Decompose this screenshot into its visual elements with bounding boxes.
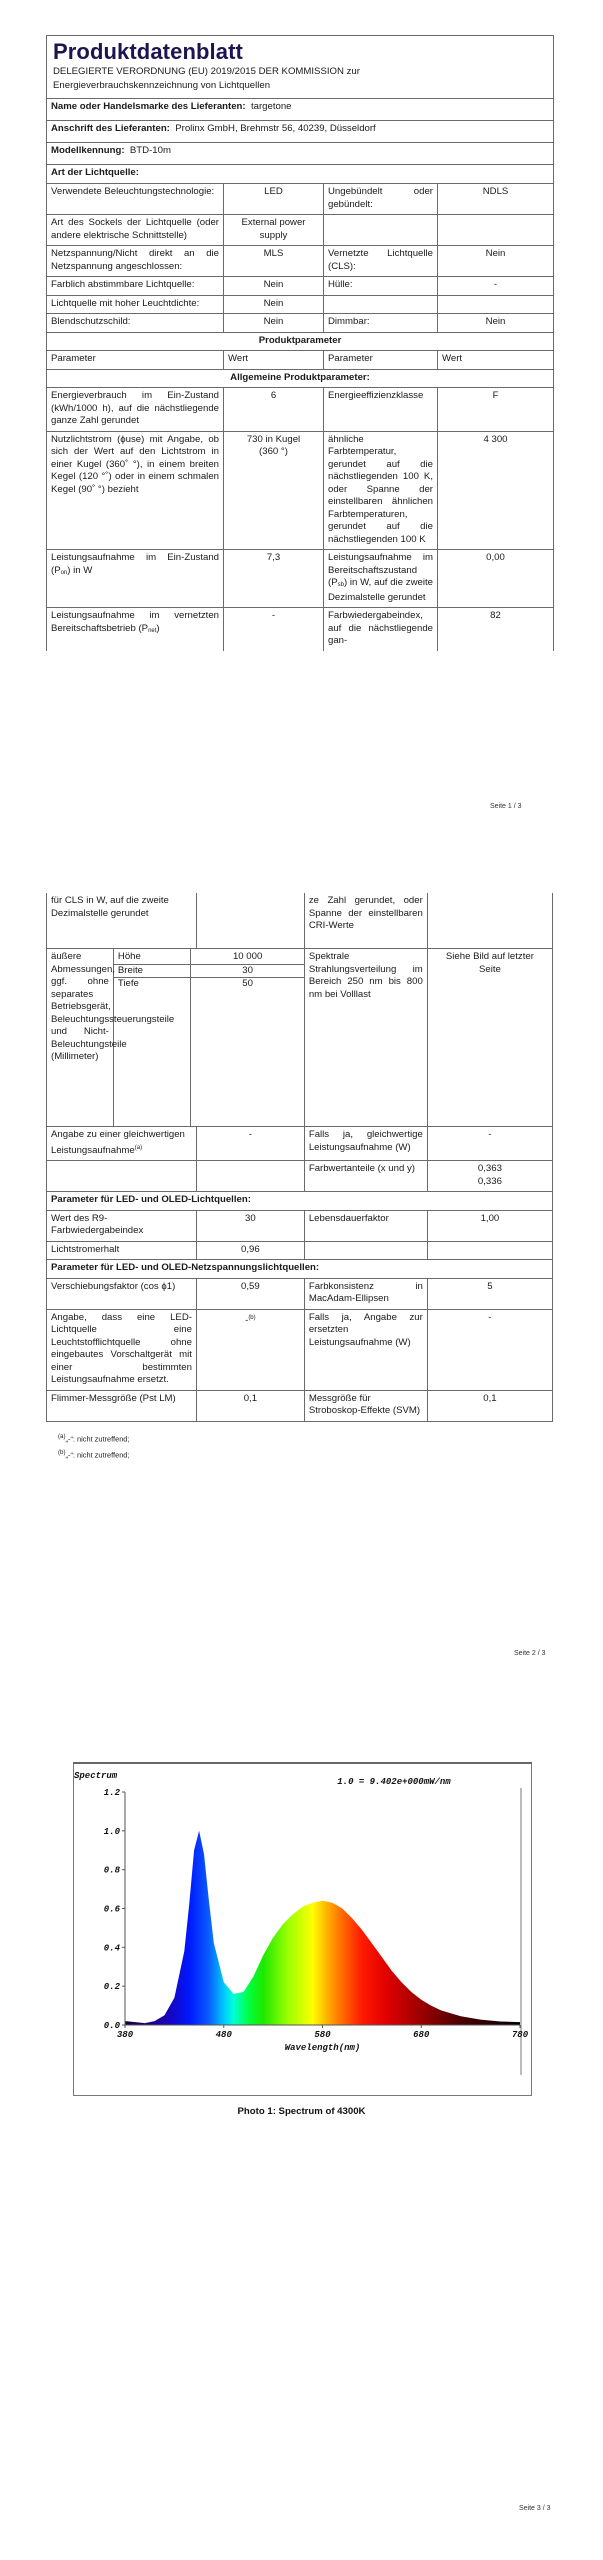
value-cell: 7,3 <box>224 550 324 608</box>
value-cell <box>427 893 552 949</box>
regulation-line-2: Energieverbrauchskennzeichnung von Licht… <box>53 79 547 96</box>
dimension-value: 30 <box>191 964 304 978</box>
value-cell: 0,1 <box>196 1390 304 1421</box>
supplier-address-row: Anschrift des Lieferanten: Prolinx GmbH,… <box>47 121 554 143</box>
param-cell: Energieverbrauch im Ein-Zustand (kWh/100… <box>47 388 224 432</box>
svg-text:0.2: 0.2 <box>104 1982 121 1992</box>
value-cell: 0,96 <box>196 1241 304 1260</box>
svg-text:380: 380 <box>117 2030 134 2040</box>
param-cell: Farbwiedergabeindex, auf die nächstliege… <box>324 608 438 651</box>
value-cell: -(b) <box>196 1309 304 1390</box>
svg-text:Spectrum: Spectrum <box>74 1771 118 1781</box>
table-row: Angabe, dass eine LED-Lichtquelle eine L… <box>47 1309 553 1390</box>
svg-text:0.4: 0.4 <box>104 1943 121 1953</box>
dimensions-label: äußere Abmessungen, ggf. ohne separates … <box>47 949 114 1127</box>
param-text: ) <box>156 623 159 634</box>
svg-text:1.0: 1.0 <box>104 1827 121 1837</box>
param-cell: Falls ja, gleichwertige Leistungsaufnahm… <box>304 1127 427 1161</box>
value-cell: 82 <box>438 608 554 651</box>
column-header: Parameter <box>47 351 224 370</box>
value-cell: MLS <box>224 246 324 277</box>
value-cell: 0,59 <box>196 1278 304 1309</box>
table-row: Flimmer-Messgröße (Pst LM) 0,1 Messgröße… <box>47 1390 553 1421</box>
param-cell: Angabe, dass eine LED-Lichtquelle eine L… <box>47 1309 197 1390</box>
dimension-name: Höhe <box>114 949 191 964</box>
param-cell <box>47 1161 197 1192</box>
table-row: Energieverbrauch im Ein-Zustand (kWh/100… <box>47 388 554 432</box>
param-cell: Leistungsaufnahme im vernetzten Bereitsc… <box>47 608 224 651</box>
footnote-b: (b)„-“: nicht zutreffend; <box>58 1449 129 1459</box>
page-number: Seite 1 / 3 <box>490 803 522 810</box>
value-cell: - <box>427 1127 552 1161</box>
param-cell: Verwendete Beleuchtungstechnologie: <box>47 184 224 215</box>
param-cell: Lebensdauerfaktor <box>304 1210 427 1241</box>
table-row: Art des Sockels der Lichtquelle (oder an… <box>47 215 554 246</box>
dimensions-values: Höhe10 000 Breite30 Tiefe50 <box>113 949 304 1127</box>
regulation-line-1: DELEGIERTE VERORDNUNG (EU) 2019/2015 DER… <box>53 65 547 79</box>
model-row: Modellkennung: BTD-10m <box>47 143 554 165</box>
table-row: Farblich abstimmbare Lichtquelle: Nein H… <box>47 277 554 296</box>
param-cell: Angabe zu einer gleichwertigen Leistungs… <box>47 1127 197 1161</box>
value-cell: Nein <box>224 295 324 314</box>
param-cell: Falls ja, Angabe zur ersetzten Leistungs… <box>304 1309 427 1390</box>
param-cell: Verschiebungsfaktor (cos ϕ1) <box>47 1278 197 1309</box>
param-cell: Flimmer-Messgröße (Pst LM) <box>47 1390 197 1421</box>
table-row: Verschiebungsfaktor (cos ϕ1) 0,59 Farbko… <box>47 1278 553 1309</box>
value-cell: Siehe Bild auf letzter Seite <box>427 949 552 1127</box>
param-cell: für CLS in W, auf die zweite Dezimalstel… <box>47 893 197 949</box>
value-cell <box>196 1161 304 1192</box>
param-cell: Messgröße für Stroboskop-Effekte (SVM) <box>304 1390 427 1421</box>
table-row: Verwendete Beleuchtungstechnologie: LED … <box>47 184 554 215</box>
column-header-row: Parameter Wert Parameter Wert <box>47 351 554 370</box>
column-header: Parameter <box>324 351 438 370</box>
model-value: BTD-10m <box>130 145 171 156</box>
value-cell: 0,1 <box>427 1390 552 1421</box>
param-cell: Farbkonsistenz in MacAdam-Ellipsen <box>304 1278 427 1309</box>
page-number: Seite 2 / 3 <box>514 1650 546 1657</box>
product-params-heading: Produktparameter <box>47 332 554 351</box>
param-cell: Netzspannung/Nicht direkt an die Netzspa… <box>47 246 224 277</box>
footnote-mark: (a) <box>58 1433 66 1440</box>
value-cell <box>427 1241 552 1260</box>
column-header: Wert <box>438 351 554 370</box>
value-cell: - <box>427 1309 552 1390</box>
table-row: Angabe zu einer gleichwertigen Leistungs… <box>47 1127 553 1161</box>
svg-text:680: 680 <box>413 2030 430 2040</box>
value-cell <box>438 295 554 314</box>
value-cell: Nein <box>224 314 324 333</box>
param-cell: Ungebündelt oder gebündelt: <box>324 184 438 215</box>
supplier-address-value: Prolinx GmbH, Brehmstr 56, 40239, Düssel… <box>175 123 376 134</box>
value-cell: 4 300 <box>438 431 554 550</box>
footnote-a: (a)„-“: nicht zutreffend; <box>58 1433 129 1443</box>
svg-text:1.2: 1.2 <box>104 1788 121 1798</box>
svg-text:0.6: 0.6 <box>104 1905 121 1915</box>
chroma-x: 0,363 <box>432 1163 548 1176</box>
table-row: Nutzlichtstrom (ϕuse) mit Angabe, ob sic… <box>47 431 554 550</box>
product-datasheet-table-page1: Produktdatenblatt DELEGIERTE VERORDNUNG … <box>46 35 554 651</box>
value-cell: External power supply <box>224 215 324 246</box>
value-cell: 6 <box>224 388 324 432</box>
param-cell: Lichtstromerhalt <box>47 1241 197 1260</box>
param-cell: Lichtquelle mit hoher Leuchtdichte: <box>47 295 224 314</box>
model-label: Modellkennung: <box>51 145 125 156</box>
header-cell: Produktdatenblatt DELEGIERTE VERORDNUNG … <box>47 36 554 99</box>
dimensions-row: äußere Abmessungen, ggf. ohne separates … <box>47 949 553 1127</box>
spectrum-chart-frame: 0.00.20.40.60.81.01.2380480580680780Wave… <box>73 1762 532 2096</box>
supplier-name-value: targetone <box>251 101 292 112</box>
value-cell: 30 <box>196 1210 304 1241</box>
param-cell: Farblich abstimmbare Lichtquelle: <box>47 277 224 296</box>
svg-text:0.8: 0.8 <box>104 1866 121 1876</box>
value-cell: 0,3630,336 <box>427 1161 552 1192</box>
value-cell: - <box>224 608 324 651</box>
param-cell: Energieeffizienzklasse <box>324 388 438 432</box>
table-row: Leistungsaufnahme im Ein-Zustand (Pon) i… <box>47 550 554 608</box>
value-cell: 1,00 <box>427 1210 552 1241</box>
param-cell: Farbwertanteile (x und y) <box>304 1161 427 1192</box>
param-cell <box>304 1241 427 1260</box>
value-cell <box>438 215 554 246</box>
svg-text:580: 580 <box>314 2030 331 2040</box>
footnote-text: „-“: nicht zutreffend; <box>66 1450 130 1459</box>
led-params-heading: Parameter für LED- und OLED-Lichtquellen… <box>47 1192 553 1211</box>
mains-params-heading: Parameter für LED- und OLED-Netzspannung… <box>47 1260 553 1279</box>
chart-caption: Photo 1: Spectrum of 4300K <box>0 2106 603 2117</box>
table-row: Leistungsaufnahme im vernetzten Bereitsc… <box>47 608 554 651</box>
param-cell: Vernetzte Lichtquelle (CLS): <box>324 246 438 277</box>
column-header: Wert <box>224 351 324 370</box>
footnote-mark: (b) <box>58 1449 66 1456</box>
dimension-name: Breite <box>114 964 191 978</box>
param-cell: Blendschutzschild: <box>47 314 224 333</box>
svg-text:780: 780 <box>512 2030 529 2040</box>
spectrum-chart: 0.00.20.40.60.81.01.2380480580680780Wave… <box>74 1764 531 2095</box>
value-cell: Nein <box>224 277 324 296</box>
table-row: für CLS in W, auf die zweite Dezimalstel… <box>47 893 553 949</box>
footnote-ref: (a) <box>135 1145 142 1151</box>
param-cell: Leistungsaufnahme im Ein-Zustand (Pon) i… <box>47 550 224 608</box>
value-cell: - <box>196 1127 304 1161</box>
value-cell <box>196 893 304 949</box>
param-cell: Spektrale Strahlungsverteilung im Bereic… <box>304 949 427 1127</box>
param-cell: Wert des R9-Farbwiedergabeindex <box>47 1210 197 1241</box>
product-datasheet-table-page2: für CLS in W, auf die zweite Dezimalstel… <box>46 893 553 1422</box>
value-cell: 730 in Kugel (360 °) <box>224 431 324 550</box>
param-text: Angabe zu einer gleichwertigen Leistungs… <box>51 1129 185 1156</box>
table-row: Lichtstromerhalt 0,96 <box>47 1241 553 1260</box>
table-row: Farbwertanteile (x und y) 0,3630,336 <box>47 1161 553 1192</box>
param-cell <box>324 215 438 246</box>
param-text: ) in W, auf die zweite Dezimalstelle ger… <box>328 577 433 603</box>
supplier-address-label: Anschrift des Lieferanten: <box>51 123 170 134</box>
param-cell: ze Zahl gerundet, oder Spanne der einste… <box>304 893 427 949</box>
footnote-text: „-“: nicht zutreffend; <box>66 1434 130 1443</box>
value-cell: 5 <box>427 1278 552 1309</box>
dimension-value: 50 <box>191 978 304 1127</box>
table-row: Lichtquelle mit hoher Leuchtdichte: Nein <box>47 295 554 314</box>
value-cell: Nein <box>438 314 554 333</box>
param-cell: Leistungsaufnahme im Bereitschaftszustan… <box>324 550 438 608</box>
param-cell: ähnliche Farbtemperatur, gerundet auf di… <box>324 431 438 550</box>
value-cell: Nein <box>438 246 554 277</box>
svg-text:480: 480 <box>216 2030 233 2040</box>
supplier-name-label: Name oder Handelsmarke des Lieferanten: <box>51 101 246 112</box>
general-params-heading: Allgemeine Produktparameter: <box>47 369 554 388</box>
param-text: ) in W <box>67 565 92 576</box>
param-cell: Art des Sockels der Lichtquelle (oder an… <box>47 215 224 246</box>
svg-text:Wavelength(nm): Wavelength(nm) <box>285 2043 361 2053</box>
value-cell: LED <box>224 184 324 215</box>
chroma-y: 0,336 <box>432 1176 548 1189</box>
footnote-ref: (b) <box>248 1315 255 1321</box>
table-row: Wert des R9-Farbwiedergabeindex 30 Leben… <box>47 1210 553 1241</box>
value-cell: NDLS <box>438 184 554 215</box>
dimension-value: 10 000 <box>191 949 304 964</box>
light-source-type-heading: Art der Lichtquelle: <box>47 165 554 184</box>
param-cell: Hülle: <box>324 277 438 296</box>
table-row: Netzspannung/Nicht direkt an die Netzspa… <box>47 246 554 277</box>
page-number: Seite 3 / 3 <box>519 2505 551 2512</box>
param-cell: Nutzlichtstrom (ϕuse) mit Angabe, ob sic… <box>47 431 224 550</box>
supplier-name-row: Name oder Handelsmarke des Lieferanten: … <box>47 99 554 121</box>
svg-text:1.0 = 9.402e+000mW/nm: 1.0 = 9.402e+000mW/nm <box>337 1777 451 1787</box>
table-row: Blendschutzschild: Nein Dimmbar: Nein <box>47 314 554 333</box>
param-cell <box>324 295 438 314</box>
page-title: Produktdatenblatt <box>53 39 547 65</box>
param-text: Leistungsaufnahme im vernetzten Bereitsc… <box>51 610 219 634</box>
param-cell: Dimmbar: <box>324 314 438 333</box>
value-cell: - <box>438 277 554 296</box>
value-cell: 0,00 <box>438 550 554 608</box>
dimension-name: Tiefe <box>114 978 191 1127</box>
value-cell: F <box>438 388 554 432</box>
dimensions-subtable: Höhe10 000 Breite30 Tiefe50 <box>114 949 304 1126</box>
